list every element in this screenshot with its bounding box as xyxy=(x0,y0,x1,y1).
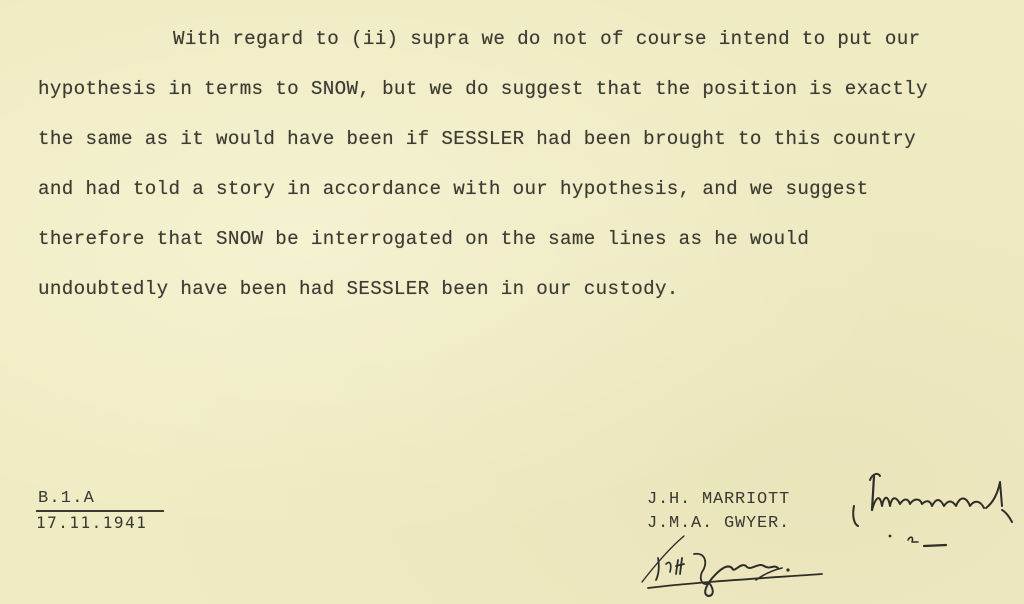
paragraph-line-2: hypothesis in terms to SNOW, but we do s… xyxy=(38,64,998,114)
paragraph-line-1: With regard to (ii) supra we do not of c… xyxy=(38,14,998,64)
marriott-signature xyxy=(848,466,1018,562)
document-page: With regard to (ii) supra we do not of c… xyxy=(0,0,1024,604)
gwyer-signature xyxy=(636,524,836,604)
paragraph-line-3: the same as it would have been if SESSLE… xyxy=(38,114,998,164)
paragraph-line-6: undoubtedly have been had SESSLER been i… xyxy=(38,264,998,314)
document-date: 17.11.1941 xyxy=(36,513,164,533)
signatory-block: J.H. MARRIOTT J.M.A. GWYER. xyxy=(647,488,790,536)
reference-divider xyxy=(36,510,164,512)
memo-paragraph: With regard to (ii) supra we do not of c… xyxy=(38,14,998,314)
signatory-marriott: J.H. MARRIOTT xyxy=(647,488,790,512)
signatory-gwyer: J.M.A. GWYER. xyxy=(647,512,790,536)
paragraph-line-4: and had told a story in accordance with … xyxy=(38,164,998,214)
reference-block: B.1.A 17.11.1941 xyxy=(36,488,164,533)
section-reference: B.1.A xyxy=(36,488,164,510)
paragraph-line-5: therefore that SNOW be interrogated on t… xyxy=(38,214,998,264)
